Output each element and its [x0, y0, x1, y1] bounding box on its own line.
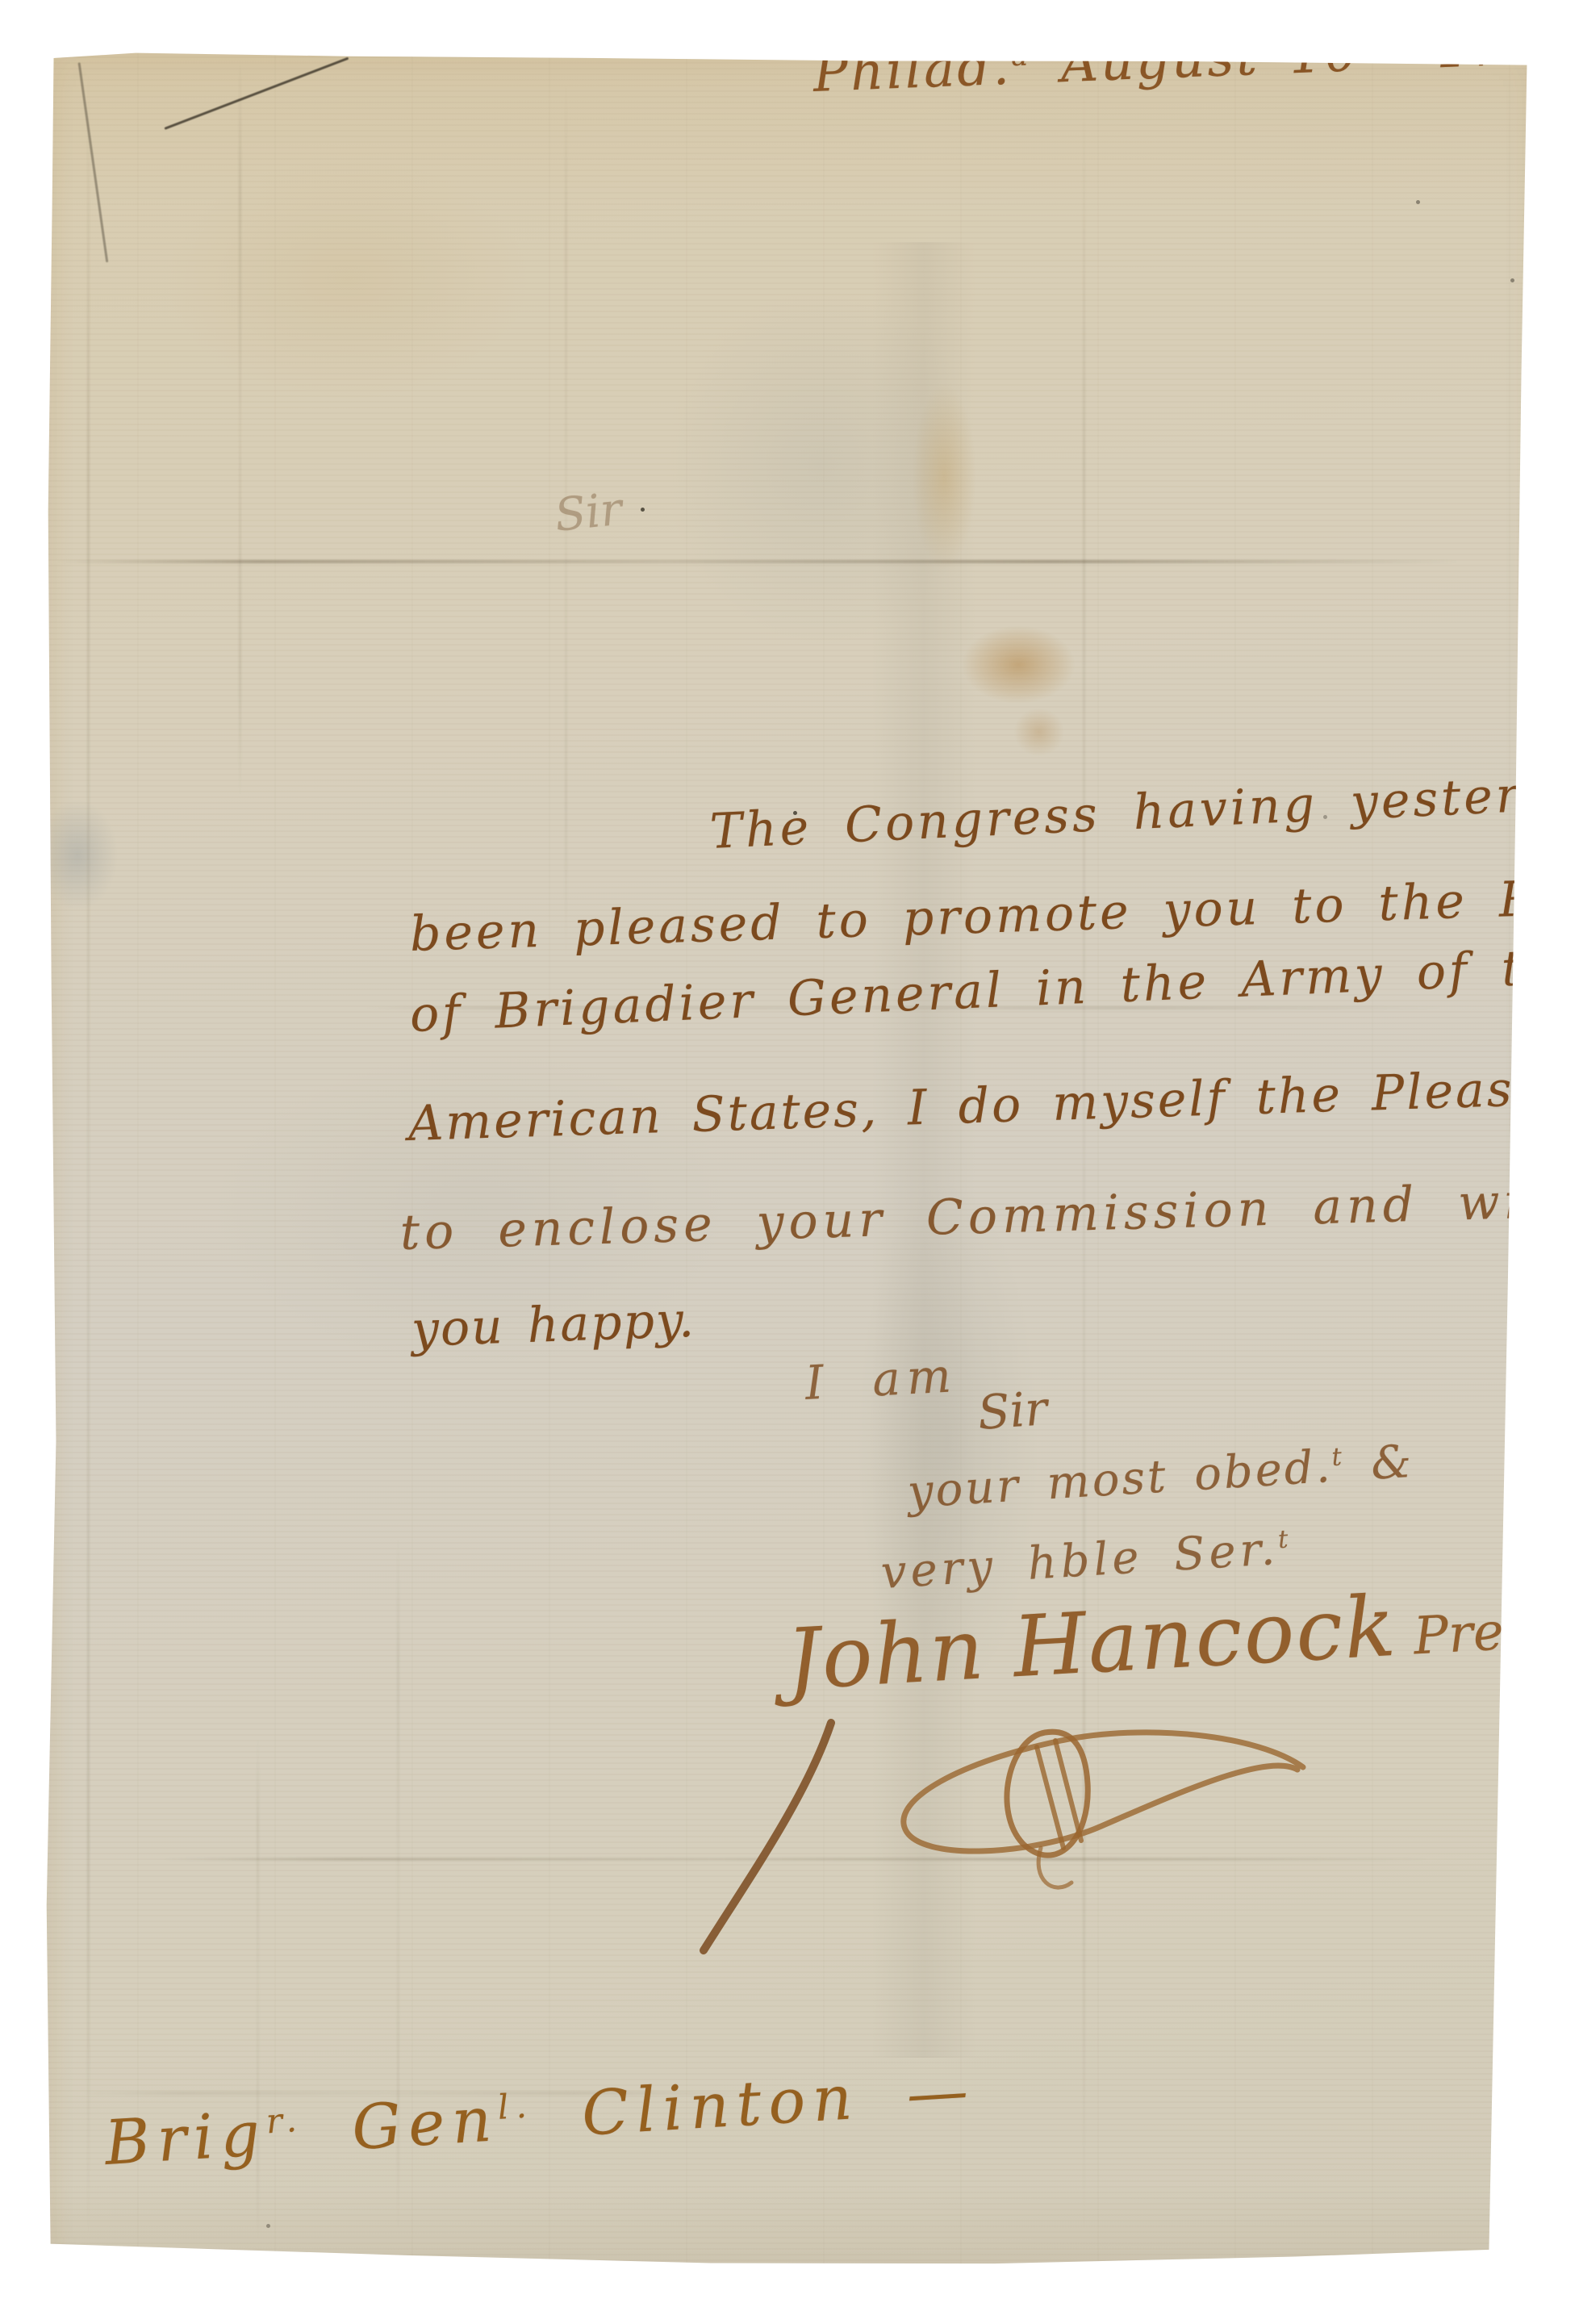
closing-humble-servant: Ser.	[1141, 1523, 1280, 1583]
fold-crease-vertical-left-edge	[87, 69, 90, 2239]
tear-mark	[164, 57, 349, 130]
dateline-year: 1776.	[1405, 15, 1579, 82]
closing-sir: Sir	[976, 1385, 1049, 1436]
closing-obedient-amp: &	[1343, 1436, 1415, 1492]
body-line-1: The Congress having yesterday	[709, 767, 1579, 856]
dateline-place: Philad.	[812, 37, 1013, 104]
dateline-day-sup: th.	[1359, 24, 1406, 59]
scan-background: Philad.a August 10th. 1776. Sir The Cong…	[0, 0, 1579, 2324]
closing-i-am: I am	[804, 1352, 959, 1407]
body-line-4: American States, I do myself the Pleasur…	[407, 1062, 1579, 1148]
ink-speck	[1510, 278, 1514, 282]
address-name: Clinton	[533, 2061, 862, 2152]
address-line: Brigr. Genl. Clinton —	[103, 2059, 977, 2174]
ink-speck	[266, 2224, 270, 2228]
closing-humble-sup: t	[1277, 1524, 1293, 1554]
ink-speck	[641, 508, 645, 512]
fold-crease-vertical-left-upper	[239, 58, 241, 800]
dateline-month-day: August 10	[1030, 23, 1361, 96]
ink-speck	[1416, 200, 1420, 204]
address-general-sup: l.	[496, 2085, 535, 2127]
salutation: Sir	[553, 487, 624, 538]
letter-sheet: Philad.a August 10th. 1776. Sir The Cong…	[0, 0, 1579, 2324]
signature-title: Presid	[1396, 1598, 1579, 1668]
body-line-6: you happy.	[411, 1296, 696, 1354]
address-rank: Brig	[102, 2097, 269, 2179]
address-rank-sup: r.	[265, 2100, 305, 2142]
tear-mark-edge	[78, 62, 109, 262]
signature-flourish	[694, 1691, 1331, 1973]
dateline: Philad.a August 10th. 1776.	[812, 19, 1579, 100]
address-dash: —	[857, 2054, 977, 2133]
dateline-place-sup: a	[1010, 39, 1031, 73]
address-general: Gen	[303, 2083, 501, 2167]
closing-obedient: your most obed.t &	[906, 1440, 1414, 1515]
body-line-5: to enclose your Commission and wish	[399, 1176, 1579, 1257]
fold-crease-horizontal-top	[56, 560, 1517, 563]
